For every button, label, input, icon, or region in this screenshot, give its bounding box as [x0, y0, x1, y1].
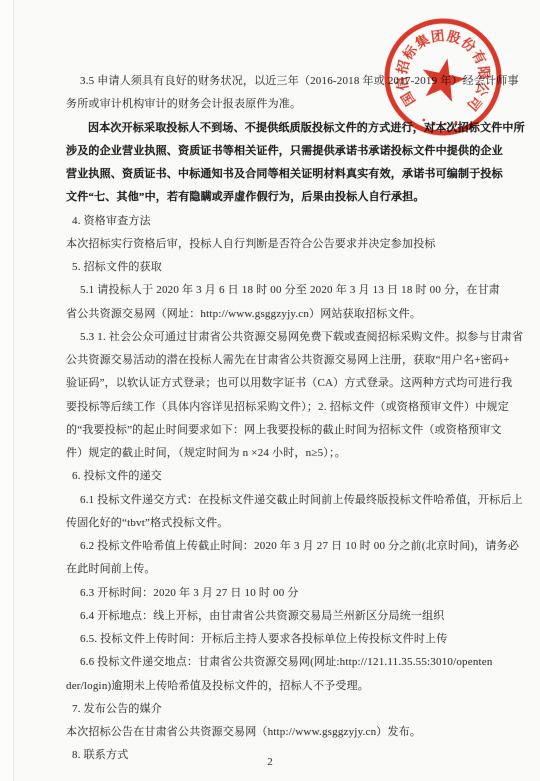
scan-edge-artifact — [0, 0, 14, 781]
svg-text:信: 信 — [393, 75, 411, 91]
doc-line: 5.1 请投标人于 2020 年 3 月 6 日 18 时 00 分至 2020… — [66, 279, 492, 302]
doc-line: 的“我要投标”的起止时间要求如下：网上我要投标的截止时间为招标文件（或资格预审文 — [66, 419, 492, 442]
doc-line: 文件“七、其他”中，若有隐瞒或弄虚作假行为，后果由投标人自行承担。 — [66, 186, 492, 209]
page-number: 2 — [0, 756, 540, 768]
doc-line: 6.6 投标文件递交地点：甘肃省公共资源交易网(网址:http://121.11… — [66, 651, 492, 674]
doc-line: 件）规定的截止时间，（规定时间为 n ×24 小时，n≥5）；。 — [66, 442, 492, 465]
doc-line: 4. 资格审查方法 — [66, 210, 492, 233]
doc-line: 5.3 1. 社会公众可通过甘肃省公共资源交易网免费下载或查阅招标采购文件。拟参… — [66, 326, 492, 349]
doc-line: 在此时间前上传。 — [66, 558, 492, 581]
doc-line: 6.5. 投标文件上传时间：开标后主持人要求各投标单位上传投标文件时上传 — [66, 628, 492, 651]
doc-line: der/login)逾期未上传哈希值及投标文件的，招标人不予受理。 — [66, 675, 492, 698]
document-body: 3.5 申请人须具有良好的财务状况，以近三年（2016-2018 年或 2017… — [66, 70, 492, 768]
doc-line: 公共资源交易活动的潜在投标人需先在甘肃省公共资源交易网上注册，获取“用户名+密码… — [66, 349, 492, 372]
doc-line: 5. 招标文件的获取 — [66, 256, 492, 279]
doc-line: 要投标等后续工作（具体内容详见招标采购文件）；2. 招标文件（或资格预审文件）中… — [66, 396, 492, 419]
doc-line: 6.4 开标地点：线上开标，由甘肃省公共资源交易局兰州新区分局统一组织 — [66, 605, 492, 628]
star-icon — [421, 57, 467, 103]
scanned-document-page: 3.5 申请人须具有良好的财务状况，以近三年（2016-2018 年或 2017… — [0, 0, 540, 781]
stamp-serial-marks — [422, 119, 457, 127]
svg-text:团: 团 — [430, 27, 446, 45]
doc-line: 营业执照、资质证书、中标通知书及合同等相关证明材料真实有效，承诺书可编制于投标 — [66, 163, 492, 186]
doc-line: 本次招标实行资格后审，投标人自行判断是否符合公告要求并决定参加投标 — [66, 233, 492, 256]
doc-line: 省公共资源交易网（网址：http://www.gsggzyjy.cn）网站获取招… — [66, 303, 492, 326]
doc-line: 6. 投标文件的递交 — [66, 465, 492, 488]
doc-line: 传固化好的“tbvt”格式投标文件。 — [66, 512, 492, 535]
doc-line: 6.3 开标时间：2020 年 3 月 27 日 10 时 00 分 — [66, 582, 492, 605]
doc-line: 验证码”，以软认证方式登录；也可以用数字证书（CA）方式登录。这两种方式均可进行… — [66, 372, 492, 395]
doc-line: 6.1 投标文件递交方式：在投标文件递交截止时间前上传最终版投标文件哈希值，开标… — [66, 489, 492, 512]
svg-text:限: 限 — [476, 65, 492, 80]
svg-text:司: 司 — [464, 93, 485, 114]
company-seal-stamp: 国信招标集团股份有限公司 — [368, 2, 517, 151]
doc-line: 6.2 投标文件哈希值上传截止时间：2020 年 3 月 27 日 10 时 0… — [66, 535, 492, 558]
doc-line: 本次招标公告在甘肃省公共资源交易网（http://www.gsggzyjy.cn… — [66, 721, 492, 744]
doc-line: 7. 发布公告的媒介 — [66, 698, 492, 721]
